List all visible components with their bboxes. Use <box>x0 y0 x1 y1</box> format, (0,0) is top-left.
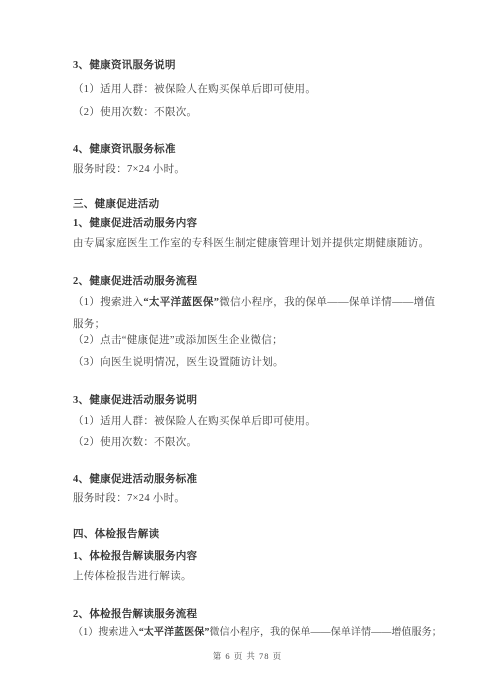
paragraph-promotion-content: 由专属家庭医生工作室的专科医生制定健康管理计划并提供定期健康随访。 <box>73 238 429 250</box>
section-heading-promotion-description: 3、健康促进活动服务说明 <box>73 395 197 407</box>
brand-name-bold: “太平洋蓝医保” <box>143 297 219 308</box>
text-segment: 微信小程序，我的保单——保单详情——增值 <box>219 297 435 308</box>
text-segment: （1）搜索进入 <box>73 627 139 638</box>
section-heading-report-process: 2、体检报告解读服务流程 <box>73 609 197 621</box>
section-heading-report-content: 1、体检报告解读服务内容 <box>73 551 197 563</box>
paragraph-promotion-service-hours: 服务时段：7×24 小时。 <box>73 493 185 505</box>
text-segment: （1）搜索进入 <box>73 297 143 308</box>
document-page: 3、健康资讯服务说明 （1）适用人群：被保险人在购买保单后即可使用。 （2）使用… <box>0 0 495 700</box>
paragraph-report-step1: （1）搜索进入“太平洋蓝医保”微信小程序，我的保单——保单详情——增值服务； <box>73 627 442 639</box>
paragraph-report-content: 上传体检报告进行解读。 <box>73 571 192 583</box>
section-heading-promotion-content: 1、健康促进活动服务内容 <box>73 218 197 230</box>
section-heading-health-info-description: 3、健康资讯服务说明 <box>73 60 176 72</box>
paragraph-promotion-applicable-people: （1）适用人群：被保险人在购买保单后即可使用。 <box>73 416 316 428</box>
paragraph-service-hours: 服务时段：7×24 小时。 <box>73 164 185 176</box>
chapter-heading-health-promotion: 三、健康促进活动 <box>73 199 159 211</box>
brand-name-bold: “太平洋蓝医保” <box>139 627 210 638</box>
paragraph-promotion-step1: （1）搜索进入“太平洋蓝医保”微信小程序，我的保单——保单详情——增值 <box>73 297 435 309</box>
paragraph-promotion-step2: （2）点击“健康促进”或添加医生企业微信； <box>73 335 283 347</box>
page-number-footer: 第 6 页 共 78 页 <box>0 650 495 662</box>
paragraph-promotion-step1-wrap: 服务； <box>73 319 105 331</box>
section-heading-promotion-process: 2、健康促进活动服务流程 <box>73 276 197 288</box>
paragraph-promotion-usage-count: （2）使用次数：不限次。 <box>73 437 197 449</box>
chapter-heading-report-interpretation: 四、体检报告解读 <box>73 529 159 541</box>
text-segment: 微信小程序，我的保单——保单详情——增值服务； <box>210 627 442 638</box>
paragraph-applicable-people: （1）适用人群：被保险人在购买保单后即可使用。 <box>73 84 316 96</box>
section-heading-promotion-standard: 4、健康促进活动服务标准 <box>73 474 197 486</box>
section-heading-health-info-standard: 4、健康资讯服务标准 <box>73 144 176 156</box>
paragraph-promotion-step3: （3）向医生说明情况，医生设置随访计划。 <box>73 357 284 369</box>
paragraph-usage-count: （2）使用次数：不限次。 <box>73 107 197 119</box>
